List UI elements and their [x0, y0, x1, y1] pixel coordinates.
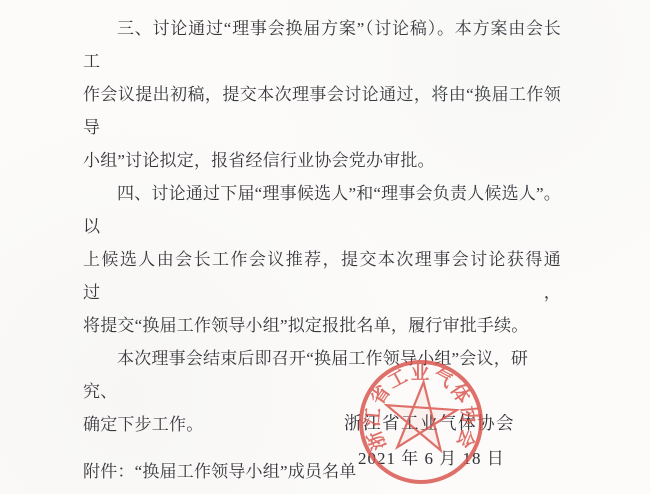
body-line: 将提交“换届工作领导小组”拟定报批名单，履行审批手续。	[83, 309, 561, 342]
body-line: 小组”讨论拟定，报省经信行业协会党办审批。	[83, 144, 561, 177]
scanned-document-page: 三、讨论通过“理事会换届方案”（讨论稿）。本方案由会长工 作会议提出初稿，提交本…	[0, 0, 650, 494]
signature-date: 2021 年 6 月 18 日	[358, 444, 505, 469]
body-line: 上候选人由会长工作会议推荐，提交本次理事会讨论获得通过，	[83, 243, 561, 309]
body-line: 作会议提出初稿，提交本次理事会讨论通过，将由“换届工作领导	[83, 78, 561, 144]
body-line: 本次理事会结束后即召开“换届工作领导小组”会议，研究、	[83, 342, 561, 408]
body-line: 三、讨论通过“理事会换届方案”（讨论稿）。本方案由会长工	[83, 12, 561, 78]
body-line: 四、讨论通过下届“理事候选人”和“理事会负责人候选人”。以	[83, 177, 561, 243]
signature-organization: 浙江省工业气体协会	[344, 410, 515, 435]
